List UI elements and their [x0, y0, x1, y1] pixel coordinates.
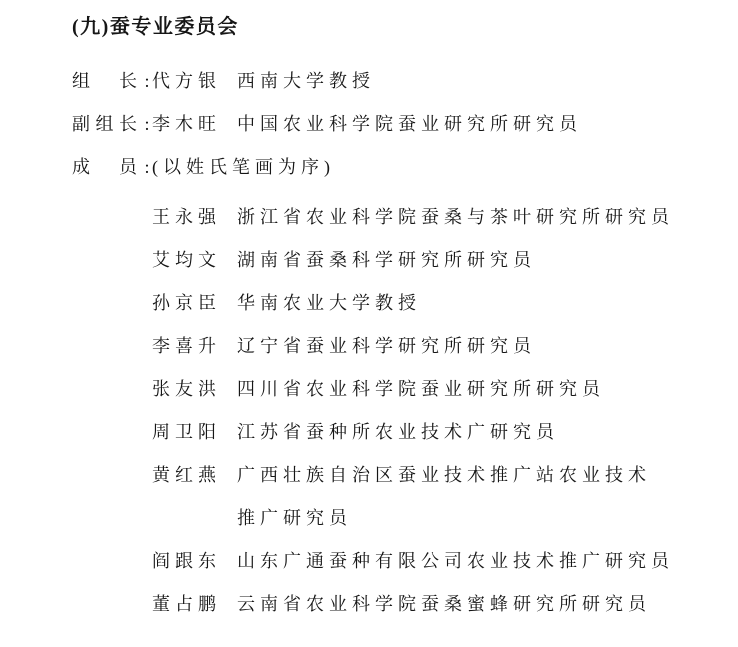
member-affiliation: 浙江省农业科学院蚕桑与茶叶研究所研究员	[237, 196, 674, 239]
person-name: 代方银	[152, 60, 237, 103]
affiliation: 西南大学教授	[237, 60, 375, 103]
member-row: 艾均文 湖南省蚕桑科学研究所研究员	[152, 239, 738, 282]
member-affiliation: 云南省农业科学院蚕桑蜜蜂研究所研究员	[237, 583, 651, 626]
member-name: 张友洪	[152, 368, 237, 411]
role-label: 成员	[72, 146, 142, 189]
member-name: 阎跟东	[152, 540, 237, 583]
member-name: 艾均文	[152, 239, 237, 282]
member-affiliation: 江苏省蚕种所农业技术广研究员	[237, 411, 559, 454]
member-row: 李喜升 辽宁省蚕业科学研究所研究员	[152, 325, 738, 368]
role-label: 组长	[72, 60, 142, 103]
sort-order-note: (以姓氏笔画为序)	[152, 146, 335, 189]
member-affiliation: 辽宁省蚕业科学研究所研究员	[237, 325, 536, 368]
member-affiliation: 华南农业大学教授	[237, 282, 421, 325]
role-label: 副组长	[72, 103, 142, 146]
affiliation-line: 广西壮族自治区蚕业技术推广站农业技术	[237, 454, 651, 497]
member-name: 孙京臣	[152, 282, 237, 325]
colon-separator: :	[142, 103, 152, 146]
affiliation-line: 辽宁省蚕业科学研究所研究员	[237, 325, 536, 368]
member-name: 黄红燕	[152, 454, 237, 497]
person-name: 李木旺	[152, 103, 237, 146]
member-name: 周卫阳	[152, 411, 237, 454]
member-affiliation: 广西壮族自治区蚕业技术推广站农业技术推广研究员	[237, 454, 651, 540]
member-row: 孙京臣 华南农业大学教授	[152, 282, 738, 325]
member-row: 王永强 浙江省农业科学院蚕桑与茶叶研究所研究员	[152, 196, 738, 239]
member-name: 王永强	[152, 196, 237, 239]
affiliation-line: 浙江省农业科学院蚕桑与茶叶研究所研究员	[237, 196, 674, 239]
affiliation-line: 华南农业大学教授	[237, 282, 421, 325]
members-section: 王永强 浙江省农业科学院蚕桑与茶叶研究所研究员 艾均文 湖南省蚕桑科学研究所研究…	[72, 196, 738, 626]
document-page: (九)蚕专业委员会 组长 : 代方银 西南大学教授 副组长 : 李木旺 中国农业…	[0, 0, 738, 647]
colon-separator: :	[142, 146, 152, 189]
leader-row: 副组长 : 李木旺 中国农业科学院蚕业研究所研究员	[72, 103, 738, 146]
member-name: 李喜升	[152, 325, 237, 368]
member-name: 董占鹏	[152, 583, 237, 626]
member-row: 黄红燕 广西壮族自治区蚕业技术推广站农业技术推广研究员	[152, 454, 738, 540]
member-row: 董占鹏 云南省农业科学院蚕桑蜜蜂研究所研究员	[152, 583, 738, 626]
affiliation-line: 四川省农业科学院蚕业研究所研究员	[237, 368, 605, 411]
affiliation-line: 江苏省蚕种所农业技术广研究员	[237, 411, 559, 454]
affiliation-line: 湖南省蚕桑科学研究所研究员	[237, 239, 536, 282]
member-affiliation: 四川省农业科学院蚕业研究所研究员	[237, 368, 605, 411]
affiliation: 中国农业科学院蚕业研究所研究员	[237, 103, 582, 146]
member-row: 阎跟东 山东广通蚕种有限公司农业技术推广研究员	[152, 540, 738, 583]
affiliation-line: 云南省农业科学院蚕桑蜜蜂研究所研究员	[237, 583, 651, 626]
page-title: (九)蚕专业委员会	[72, 12, 738, 42]
leader-row: 组长 : 代方银 西南大学教授	[72, 60, 738, 103]
leaders-section: 组长 : 代方银 西南大学教授 副组长 : 李木旺 中国农业科学院蚕业研究所研究…	[72, 60, 738, 189]
colon-separator: :	[142, 60, 152, 103]
affiliation-line: 山东广通蚕种有限公司农业技术推广研究员	[237, 540, 674, 583]
affiliation-line: 推广研究员	[237, 497, 651, 540]
member-row: 张友洪 四川省农业科学院蚕业研究所研究员	[152, 368, 738, 411]
member-affiliation: 湖南省蚕桑科学研究所研究员	[237, 239, 536, 282]
members-header-row: 成员 : (以姓氏笔画为序)	[72, 146, 738, 189]
member-affiliation: 山东广通蚕种有限公司农业技术推广研究员	[237, 540, 674, 583]
member-row: 周卫阳 江苏省蚕种所农业技术广研究员	[152, 411, 738, 454]
